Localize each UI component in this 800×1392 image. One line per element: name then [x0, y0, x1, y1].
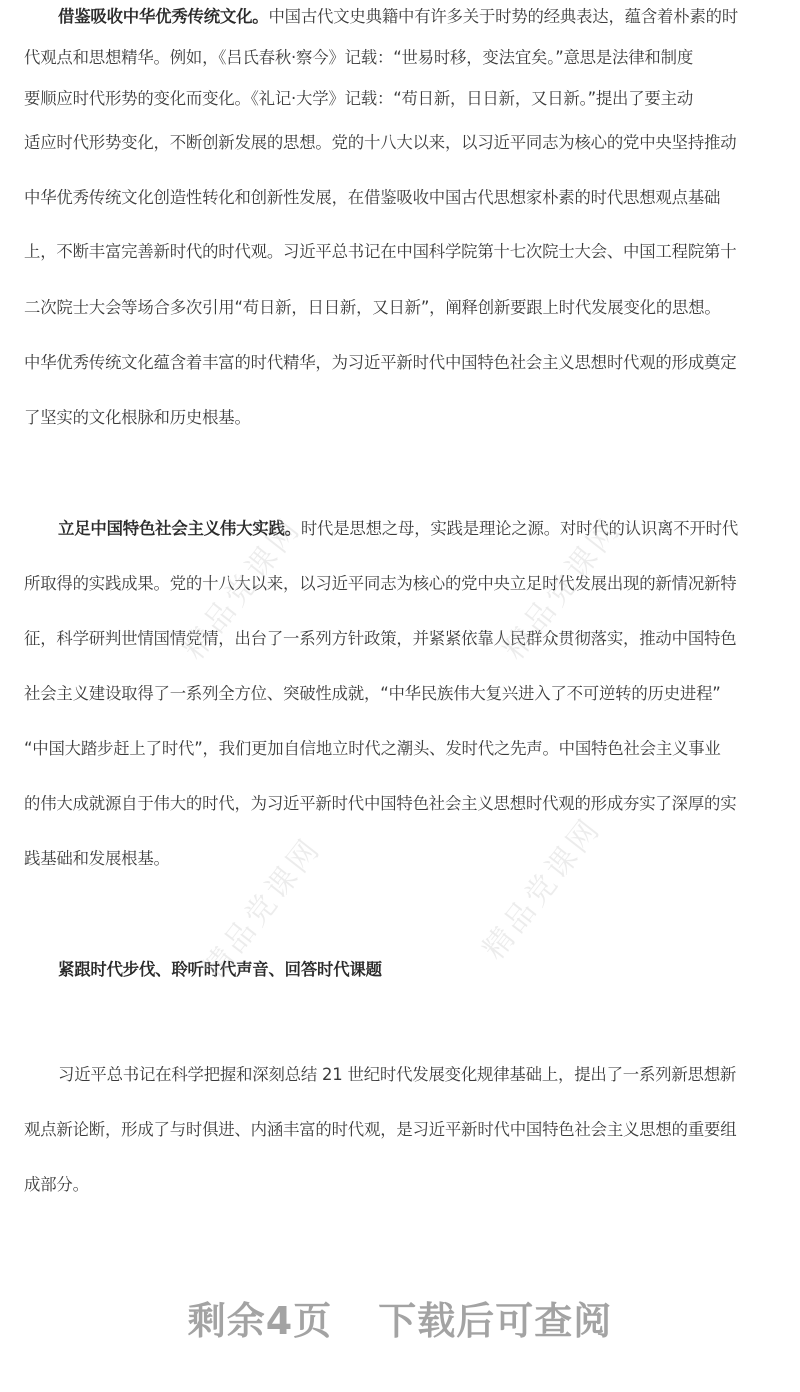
paragraph-1-line: 要顺应时代形势的变化而变化。《礼记·大学》记载：“苟日新，日日新，又日新。”提出… [24, 84, 693, 114]
section-heading: 紧跟时代步伐、聆听时代声音、回答时代课题 [58, 955, 382, 985]
paragraph-3-line: 成部分。 [24, 1170, 89, 1200]
paragraph-1-line: 二次院士大会等场合多次引用“苟日新，日日新，又日新”，阐释创新要跟上时代发展变化… [24, 293, 721, 323]
paragraph-2-lead: 立足中国特色社会主义伟大实践。 [58, 519, 301, 538]
remaining-pages-banner[interactable]: 剩余4页下载后可查阅 [0, 1290, 800, 1345]
paragraph-2-line: 践基础和发展根基。 [24, 844, 170, 874]
watermark: 精品党课网 [470, 806, 609, 967]
paragraph-1-line: 中华优秀传统文化蕴含着丰富的时代精华，为习近平新时代中国特色社会主义思想时代观的… [24, 348, 736, 378]
paragraph-2-line: 所取得的实践成果。党的十八大以来，以习近平同志为核心的党中央立足时代发展出现的新… [24, 569, 736, 599]
download-to-view-label[interactable]: 下载后可查阅 [378, 1290, 612, 1345]
paragraph-2-line: 社会主义建设取得了一系列全方位、突破性成就，“中华民族伟大复兴进入了不可逆转的历… [24, 679, 721, 709]
paragraph-1-line: 代观点和思想精华。例如，《吕氏春秋·察今》记载：“世易时移，变法宜矣。”意思是法… [24, 43, 693, 73]
paragraph-2-line: “中国大踏步赶上了时代”，我们更加自信地立时代之潮头、发时代之先声。中国特色社会… [24, 734, 721, 764]
paragraph-1-line: 上，不断丰富完善新时代的时代观。习近平总书记在中国科学院第十七次院士大会、中国工… [24, 237, 736, 267]
paragraph-1-line: 了坚实的文化根脉和历史根基。 [24, 403, 251, 433]
paragraph-1-line: 中华优秀传统文化创造性转化和创新性发展，在借鉴吸收中国古代思想家朴素的时代思想观… [24, 183, 720, 213]
paragraph-1-line-1: 借鉴吸收中华优秀传统文化。中国古代文史典籍中有许多关于时势的经典表达，蕴含着朴素… [58, 2, 738, 32]
paragraph-2-line-1: 立足中国特色社会主义伟大实践。时代是思想之母，实践是理论之源。对时代的认识离不开… [58, 514, 738, 544]
paragraph-1-line: 适应时代形势变化，不断创新发展的思想。党的十八大以来，以习近平同志为核心的党中央… [24, 128, 736, 158]
paragraph-3-line-1: 习近平总书记在科学把握和深刻总结 21 世纪时代发展变化规律基础上，提出了一系列… [58, 1060, 736, 1090]
paragraph-2-line: 征，科学研判世情国情党情，出台了一系列方针政策，并紧紧依靠人民群众贯彻落实，推动… [24, 624, 736, 654]
paragraph-3-line: 观点新论断，形成了与时俱进、内涵丰富的时代观，是习近平新时代中国特色社会主义思想… [24, 1115, 736, 1145]
remaining-pages-label: 剩余4页 [188, 1290, 332, 1345]
paragraph-2-line: 的伟大成就源自于伟大的时代，为习近平新时代中国特色社会主义思想时代观的形成夯实了… [24, 789, 736, 819]
paragraph-1-lead: 借鉴吸收中华优秀传统文化。 [58, 7, 268, 26]
